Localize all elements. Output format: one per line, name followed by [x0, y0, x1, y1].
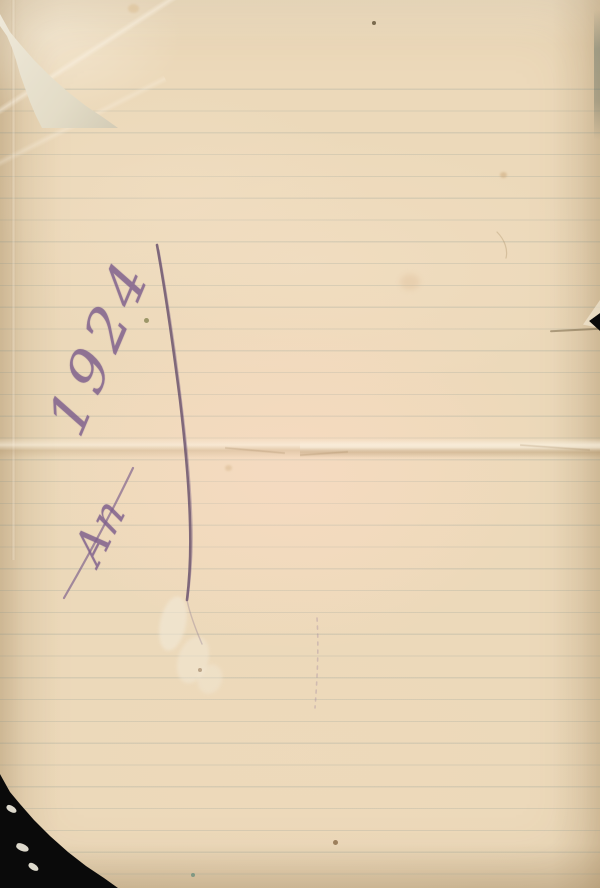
torn-paper-fleck: [15, 842, 30, 853]
right-edge-shadow: [594, 10, 600, 140]
stain-spot: [372, 21, 376, 25]
paper-sheet: 1924 An: [0, 0, 600, 888]
stain-spot: [191, 873, 195, 877]
vertical-fold-crease: [11, 0, 16, 560]
ruled-lines: [0, 68, 600, 888]
stain-spot: [225, 465, 232, 471]
stain-spot: [333, 840, 338, 845]
stain-spot: [500, 172, 507, 178]
stain-spot: [198, 668, 202, 672]
stain-spot: [128, 4, 139, 13]
scan-background: 1924 An: [0, 0, 600, 888]
torn-paper-fleck: [27, 862, 40, 873]
stain-smudge: [400, 274, 420, 290]
torn-paper-fleck: [5, 804, 18, 814]
